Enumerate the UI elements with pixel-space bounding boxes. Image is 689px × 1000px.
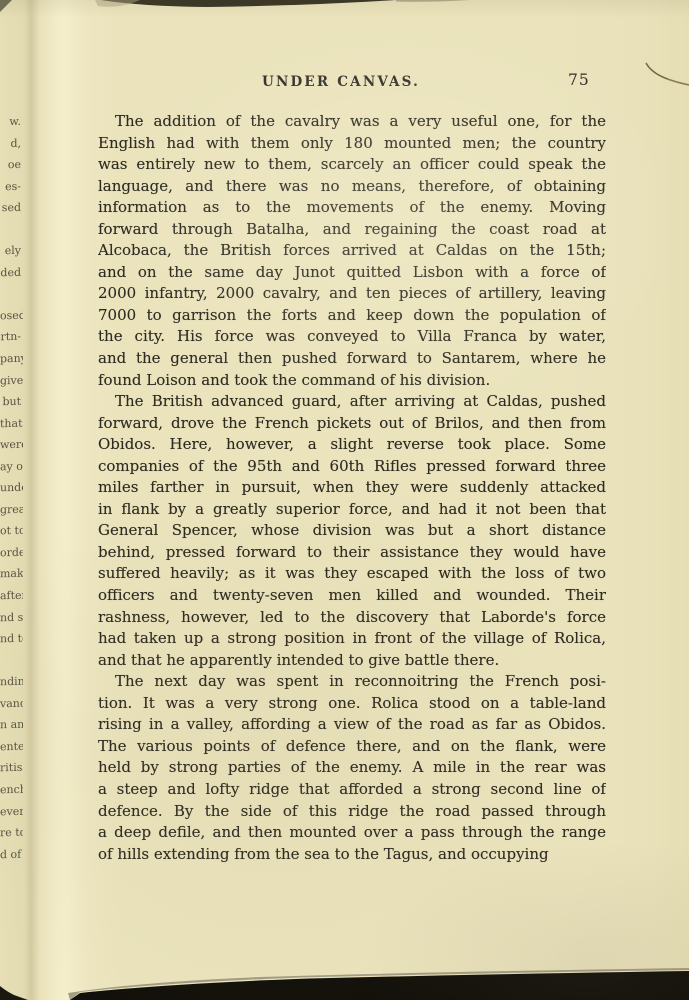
- left-edge-fragment: ented: [0, 736, 23, 758]
- scanned-book-page: UNDER CANVAS. 75 w.d,oees-sedelydedosedr…: [0, 0, 689, 1000]
- left-edge-fragment: oe: [0, 154, 23, 176]
- text-line: of hills extending from the sea to the T…: [98, 844, 606, 866]
- left-edge-fragment: ever,: [0, 800, 23, 822]
- left-edge-fragment: d of: [0, 843, 23, 865]
- left-edge-fragment: that: [0, 412, 23, 434]
- text-line: and that he apparently intended to give …: [98, 650, 606, 672]
- left-edge-fragment: make: [0, 563, 23, 585]
- text-line: rashness, however, led to the discovery …: [98, 607, 606, 629]
- left-edge-fragment: give,: [0, 369, 23, 391]
- left-edge-fragment: ench,: [0, 779, 23, 801]
- left-edge-fragment: vance: [0, 693, 23, 715]
- left-edge-fragments: w.d,oees-sedelydedosedrtn-panygive,butth…: [0, 111, 23, 865]
- text-line: Obidos. Here, however, a slight reverse …: [98, 434, 606, 456]
- text-line: suffered heavily; as it was they escaped…: [98, 563, 606, 585]
- text-line: forward, drove the French pickets out of…: [98, 413, 606, 435]
- left-edge-fragment: nd st: [0, 606, 23, 628]
- left-edge-fragment: great: [0, 499, 23, 521]
- left-edge-fragment: after: [0, 585, 23, 607]
- left-edge-fragment: but: [0, 391, 23, 413]
- text-line: English had with them only 180 mounted m…: [98, 133, 606, 155]
- text-line: miles farther in pursuit, when they were…: [98, 477, 606, 499]
- body-text: The addition of the cavalry was a very u…: [98, 111, 606, 865]
- text-line: held by strong parties of the enemy. A m…: [98, 757, 606, 779]
- left-edge-fragment: ay or: [0, 456, 23, 478]
- text-line: behind, pressed forward to their assista…: [98, 542, 606, 564]
- text-line: was entirely new to them, scarcely an of…: [98, 154, 606, 176]
- text-line: forward through Batalha, and regaining t…: [98, 219, 606, 241]
- text-line: tion. It was a very strong one. Rolica s…: [98, 693, 606, 715]
- text-line: a steep and lofty ridge that afforded a …: [98, 779, 606, 801]
- left-edge-fragment: pany: [0, 348, 23, 370]
- text-line: officers and twenty-seven men killed and…: [98, 585, 606, 607]
- page-header-title: UNDER CANVAS.: [87, 74, 595, 90]
- text-line: 7000 to garrison the forts and keep down…: [98, 305, 606, 327]
- left-edge-fragment: n and: [0, 714, 23, 736]
- top-edge-shadow: [0, 0, 689, 16]
- text-line: found Loison and took the command of his…: [98, 370, 606, 392]
- left-edge-fragment: [0, 283, 23, 305]
- left-edge-fragment: [0, 649, 23, 671]
- text-line: The addition of the cavalry was a very u…: [98, 111, 606, 133]
- text-line: companies of the 95th and 60th Rifles pr…: [98, 456, 606, 478]
- text-line: The British advanced guard, after arrivi…: [98, 391, 606, 413]
- left-edge-fragment: sed: [0, 197, 23, 219]
- text-line: The various points of defence there, and…: [98, 736, 606, 758]
- text-line: a deep defile, and then mounted over a p…: [98, 822, 606, 844]
- left-edge-fragment: [0, 219, 23, 241]
- left-edge-fragment: nding: [0, 671, 23, 693]
- left-edge-fragment: re to: [0, 822, 23, 844]
- left-edge-fragment: ded: [0, 262, 23, 284]
- text-line: 2000 infantry, 2000 cavalry, and ten pie…: [98, 283, 606, 305]
- page-number: 75: [568, 71, 590, 89]
- text-line: rising in a valley, affording a view of …: [98, 714, 606, 736]
- text-line: had taken up a strong position in front …: [98, 628, 606, 650]
- text-line: language, and there was no means, theref…: [98, 176, 606, 198]
- left-edge-fragment: ot to: [0, 520, 23, 542]
- text-line: and on the same day Junot quitted Lisbon…: [98, 262, 606, 284]
- text-line: General Spencer, whose division was but …: [98, 520, 606, 542]
- text-line: and the general then pushed forward to S…: [98, 348, 606, 370]
- text-line: the city. His force was conveyed to Vill…: [98, 326, 606, 348]
- left-edge-fragment: ely: [0, 240, 23, 262]
- text-line: defence. By the side of this ridge the r…: [98, 801, 606, 823]
- left-edge-fragment: nd to: [0, 628, 23, 650]
- left-edge-fragment: were: [0, 434, 23, 456]
- left-edge-fragment: ritish: [0, 757, 23, 779]
- left-edge-fragment: order: [0, 542, 23, 564]
- left-edge-fragment: es-: [0, 175, 23, 197]
- text-line: information as to the movements of the e…: [98, 197, 606, 219]
- left-edge-fragment: d,: [0, 132, 23, 154]
- text-line: in flank by a greatly superior force, an…: [98, 499, 606, 521]
- text-line: Alcobaca, the British forces arrived at …: [98, 240, 606, 262]
- left-edge-fragment: rtn-: [0, 326, 23, 348]
- hair-artifact: [0, 0, 689, 120]
- left-edge-fragment: under: [0, 477, 23, 499]
- text-line: The next day was spent in reconnoitring …: [98, 671, 606, 693]
- left-edge-fragment: osed: [0, 305, 23, 327]
- left-edge-fragment: w.: [0, 111, 23, 133]
